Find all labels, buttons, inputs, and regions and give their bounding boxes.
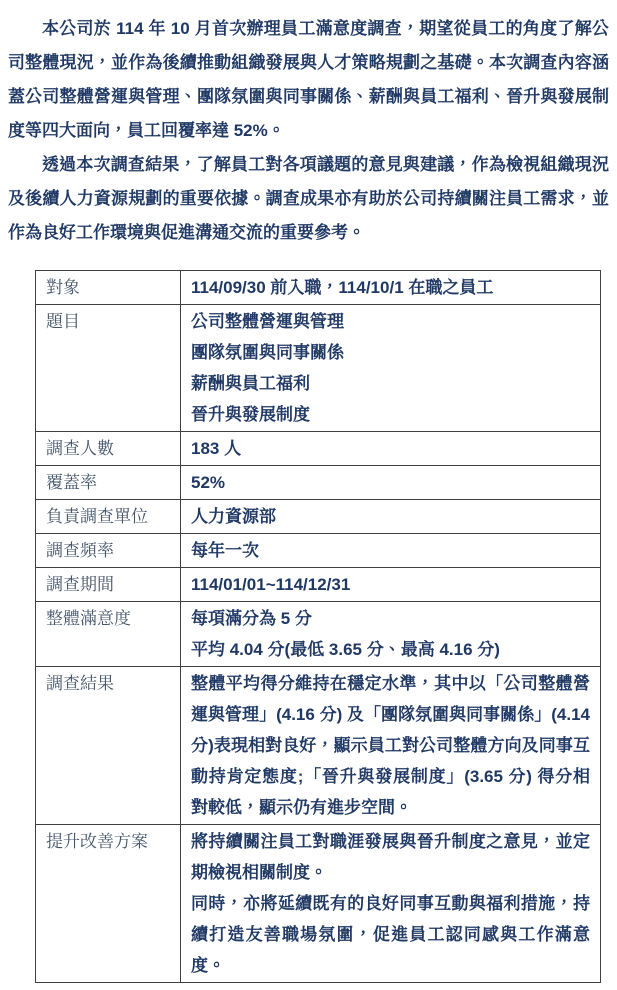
row-label: 提升改善方案 <box>36 825 181 983</box>
intro-section: 本公司於 114 年 10 月首次辦理員工滿意度調查，期望從員工的角度了解公司整… <box>8 12 609 250</box>
row-topics: 題目 公司整體營運與管理 團隊氛圍與同事關係 薪酬與員工福利 晉升與發展制度 <box>36 305 601 432</box>
row-label: 對象 <box>36 271 181 305</box>
document-page: 本公司於 114 年 10 月首次辦理員工滿意度調查，期望從員工的角度了解公司整… <box>0 0 617 990</box>
value-line: 團隊氛圍與同事關係 <box>191 337 590 368</box>
value-line: 晉升與發展制度 <box>191 399 590 430</box>
row-value-cell: 將持續關注員工對職涯發展與晉升制度之意見，並定期檢視相關制度。 同時，亦將延續既… <box>181 825 601 983</box>
intro-paragraph-1: 本公司於 114 年 10 月首次辦理員工滿意度調查，期望從員工的角度了解公司整… <box>8 12 609 148</box>
value-line: 將持續關注員工對職涯發展與晉升制度之意見，並定期檢視相關制度。 <box>191 826 590 888</box>
row-value-cell: 公司整體營運與管理 團隊氛圍與同事關係 薪酬與員工福利 晉升與發展制度 <box>181 305 601 432</box>
value-line: 薪酬與員工福利 <box>191 368 590 399</box>
value-line: 整體平均得分維持在穩定水準，其中以「公司整體營運與管理」(4.16 分) 及「團… <box>191 668 590 823</box>
value-line: 52% <box>191 467 590 498</box>
value-line: 114/01/01~114/12/31 <box>191 569 590 600</box>
row-value-cell: 每年一次 <box>181 534 601 568</box>
row-label: 調查頻率 <box>36 534 181 568</box>
row-survey-results: 調查結果 整體平均得分維持在穩定水準，其中以「公司整體營運與管理」(4.16 分… <box>36 667 601 825</box>
row-responsible-unit: 負責調查單位 人力資源部 <box>36 500 601 534</box>
intro-paragraph-2: 透過本次調查結果，了解員工對各項議題的意見與建議，作為檢視組織現況及後續人力資源… <box>8 148 609 250</box>
row-label: 負責調查單位 <box>36 500 181 534</box>
row-label: 調查人數 <box>36 432 181 466</box>
value-line: 同時，亦將延續既有的良好同事互動與福利措施，持續打造友善職場氛圍，促進員工認同感… <box>191 888 590 981</box>
row-improvement-plan: 提升改善方案 將持續關注員工對職涯發展與晉升制度之意見，並定期檢視相關制度。 同… <box>36 825 601 983</box>
row-value-cell: 114/09/30 前入職，114/10/1 在職之員工 <box>181 271 601 305</box>
row-value-cell: 52% <box>181 466 601 500</box>
row-label: 調查結果 <box>36 667 181 825</box>
survey-table-body: 對象 114/09/30 前入職，114/10/1 在職之員工 題目 公司整體營… <box>36 271 601 983</box>
row-value-cell: 183 人 <box>181 432 601 466</box>
value-line: 114/09/30 前入職，114/10/1 在職之員工 <box>191 272 590 303</box>
row-value-cell: 整體平均得分維持在穩定水準，其中以「公司整體營運與管理」(4.16 分) 及「團… <box>181 667 601 825</box>
row-survey-frequency: 調查頻率 每年一次 <box>36 534 601 568</box>
survey-summary-table: 對象 114/09/30 前入職，114/10/1 在職之員工 題目 公司整體營… <box>35 270 601 983</box>
value-line: 183 人 <box>191 433 590 464</box>
value-line: 公司整體營運與管理 <box>191 306 590 337</box>
row-survey-period: 調查期間 114/01/01~114/12/31 <box>36 568 601 602</box>
row-value-cell: 人力資源部 <box>181 500 601 534</box>
row-respondent-count: 調查人數 183 人 <box>36 432 601 466</box>
value-line: 每年一次 <box>191 535 590 566</box>
row-label: 覆蓋率 <box>36 466 181 500</box>
row-subject: 對象 114/09/30 前入職，114/10/1 在職之員工 <box>36 271 601 305</box>
value-line: 每項滿分為 5 分 <box>191 603 590 634</box>
row-label: 調查期間 <box>36 568 181 602</box>
row-value-cell: 每項滿分為 5 分 平均 4.04 分(最低 3.65 分、最高 4.16 分) <box>181 602 601 667</box>
value-line: 平均 4.04 分(最低 3.65 分、最高 4.16 分) <box>191 634 590 665</box>
value-line: 人力資源部 <box>191 501 590 532</box>
row-value-cell: 114/01/01~114/12/31 <box>181 568 601 602</box>
row-overall-satisfaction: 整體滿意度 每項滿分為 5 分 平均 4.04 分(最低 3.65 分、最高 4… <box>36 602 601 667</box>
row-label: 題目 <box>36 305 181 432</box>
row-label: 整體滿意度 <box>36 602 181 667</box>
row-coverage-rate: 覆蓋率 52% <box>36 466 601 500</box>
